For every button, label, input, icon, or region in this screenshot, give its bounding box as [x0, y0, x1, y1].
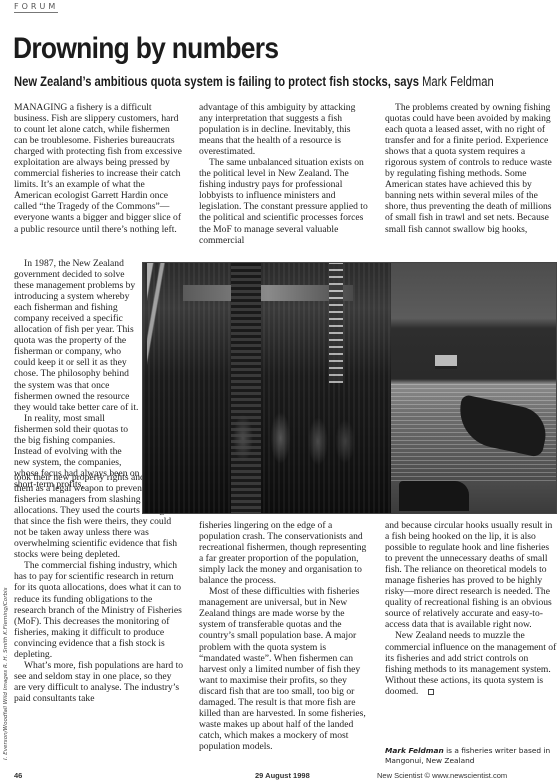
byline: Mark Feldman: [422, 74, 494, 89]
photo-net: [231, 263, 261, 514]
paragraph: New Zealand needs to muzzle the commerci…: [385, 630, 557, 696]
paragraph: The problems created by owning fishing q…: [385, 102, 557, 235]
paragraph: MANAGING a fishery is a difficult busine…: [14, 102, 182, 235]
issue-date: 29 August 1998: [255, 771, 310, 780]
paragraph: and because circular hooks usually resul…: [385, 520, 557, 630]
column-2-top: advantage of this ambiguity by attacking…: [199, 102, 369, 246]
article-photo: [142, 262, 557, 514]
headline: Drowning by numbers: [13, 32, 278, 66]
paragraph: The commercial fishing industry, which h…: [14, 560, 184, 659]
photo-foreground-boat: [399, 481, 469, 511]
column-3-bottom: and because circular hooks usually resul…: [385, 520, 557, 697]
closing-paragraph-text: New Zealand needs to muzzle the commerci…: [385, 630, 556, 696]
photo-credit: I. Everson/Woodfall Wild Images R. H. Sm…: [3, 587, 9, 760]
photo-trawler-deck: [143, 263, 391, 514]
photo-distant-boat: [435, 355, 457, 369]
author-note: Mark Feldman is a fisheries writer based…: [385, 746, 557, 766]
paragraph: fisheries lingering on the edge of a pop…: [199, 520, 369, 586]
section-label: FORUM: [14, 2, 58, 13]
photo-crew: [213, 403, 363, 473]
paragraph: Most of these difficulties with fisherie…: [199, 586, 369, 752]
publication-source: New Scientist © www.newscientist.com: [377, 771, 507, 780]
end-of-article-icon: [428, 689, 434, 695]
paragraph: advantage of this ambiguity by attacking…: [199, 102, 369, 157]
photo-sea: [391, 263, 557, 514]
photo-cabin: [183, 285, 353, 301]
photo-rigging: [147, 263, 175, 503]
column-1-top: MANAGING a fishery is a difficult busine…: [14, 102, 182, 235]
paragraph: The same unbalanced situation exists on …: [199, 157, 369, 245]
column-1-middle: In 1987, the New Zealand government deci…: [14, 258, 140, 490]
paragraph: In 1987, the New Zealand government deci…: [14, 258, 140, 413]
author-name: Mark Feldman: [385, 746, 444, 755]
paragraph: What’s more, fish populations are hard t…: [14, 660, 184, 704]
column-2-bottom: fisheries lingering on the edge of a pop…: [199, 520, 369, 752]
standfirst: New Zealand’s ambitious quota system is …: [14, 74, 494, 89]
column-3-top: The problems created by owning fishing q…: [385, 102, 557, 235]
page-number: 46: [14, 771, 22, 780]
standfirst-text: New Zealand’s ambitious quota system is …: [14, 74, 419, 89]
photo-ladder: [329, 263, 343, 383]
